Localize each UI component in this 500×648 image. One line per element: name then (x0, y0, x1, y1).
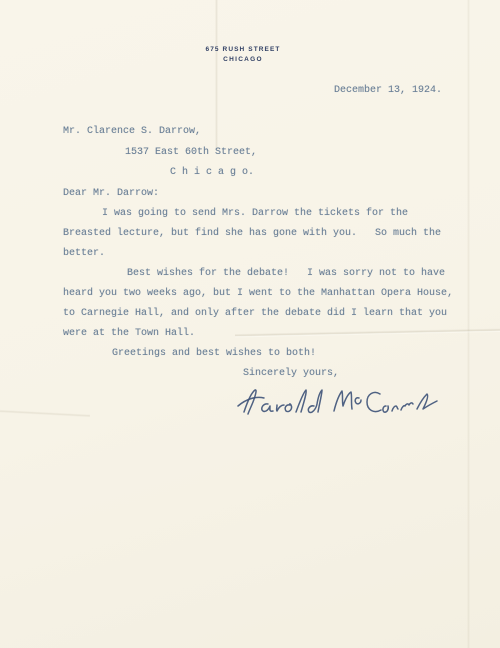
paper-fold-crease (235, 328, 500, 338)
recipient-street: 1537 East 60th Street, (125, 146, 257, 160)
paper-fold-crease (0, 410, 90, 418)
signature-ink-strokes (234, 379, 444, 429)
letterhead-city: CHICAGO (143, 56, 343, 63)
body-line: to Carnegie Hall, and only after the deb… (63, 307, 447, 321)
body-line: Greetings and best wishes to both! (112, 347, 316, 361)
letter-page: 675 RUSH STREET CHICAGO December 13, 192… (0, 0, 500, 648)
date-line: December 13, 1924. (334, 84, 442, 98)
body-line: heard you two weeks ago, but I went to t… (63, 287, 453, 301)
body-line: were at the Town Hall. (63, 327, 195, 341)
recipient-name: Mr. Clarence S. Darrow, (63, 125, 201, 139)
body-line: Breasted lecture, but find she has gone … (63, 227, 441, 241)
paper-crease-vertical (215, 0, 218, 150)
body-line: I was going to send Mrs. Darrow the tick… (102, 207, 408, 221)
signature-harold-mccormick (234, 379, 444, 429)
paper-crease-vertical (467, 0, 470, 648)
body-line: Best wishes for the debate! I was sorry … (127, 267, 445, 281)
letterhead-street: 675 RUSH STREET (143, 46, 343, 53)
body-line: better. (63, 247, 105, 261)
salutation: Dear Mr. Darrow: (63, 187, 159, 201)
recipient-city: C h i c a g o. (170, 166, 254, 180)
